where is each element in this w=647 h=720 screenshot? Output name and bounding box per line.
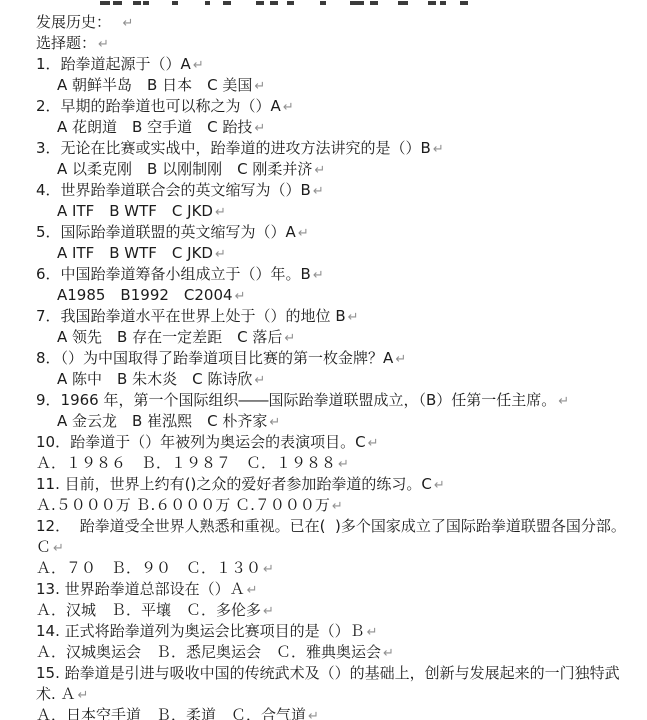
paragraph-mark-icon: ↵: [311, 268, 324, 283]
line-text: A ITF B WTF C JKD: [57, 244, 213, 262]
line-text: A 花朗道 B 空手道 C 跆技: [57, 118, 252, 136]
line-text: 发展历史：: [36, 13, 121, 31]
document-line: 6．中国跆拳道筹备小组成立于（）年。B↵: [36, 264, 643, 285]
document-line: Ｃ↵: [36, 537, 643, 558]
document-line: A 以柔克刚 B 以刚制刚 C 刚柔并济↵: [36, 159, 643, 180]
line-text: 8．（）为中国取得了跆拳道项目比赛的第一枚金牌？A: [36, 349, 393, 367]
line-text: 5．国际跆拳道联盟的英文缩写为（）A: [36, 223, 296, 241]
document-line: 5．国际跆拳道联盟的英文缩写为（）A↵: [36, 222, 643, 243]
paragraph-mark-icon: ↵: [281, 100, 294, 115]
document-line: A 陈中 B 朱木炎 C 陈诗欣↵: [36, 369, 643, 390]
line-text: 选择题：: [36, 34, 96, 52]
paragraph-mark-icon: ↵: [252, 79, 265, 94]
document-body: 发展历史： ↵选择题：↵1．跆拳道起源于（）A↵A 朝鲜半岛 B 日本 C 美国…: [36, 12, 643, 720]
paragraph-mark-icon: ↵: [393, 352, 406, 367]
document-line: 2．早期的跆拳道也可以称之为（）A↵: [36, 96, 643, 117]
line-text: A 金云龙 B 崔泓熙 C 朴齐家: [57, 412, 267, 430]
paragraph-mark-icon: ↵: [432, 478, 445, 493]
document-line: A ITF B WTF C JKD↵: [36, 201, 643, 222]
document-line: Ａ．汉城奥运会 Ｂ．悉尼奥运会 Ｃ．雅典奥运会↵: [36, 642, 643, 663]
paragraph-mark-icon: ↵: [366, 436, 379, 451]
line-text: 12． 跆拳道受全世界人熟悉和重视。已在( )多个国家成立了国际跆拳道联盟各国分…: [36, 517, 626, 535]
paragraph-mark-icon: ↵: [330, 499, 343, 514]
document-line: 14. 正式将跆拳道列为奥运会比赛项目的是（）Ｂ↵: [36, 621, 643, 642]
document-line: A 花朗道 B 空手道 C 跆技↵: [36, 117, 643, 138]
paragraph-mark-icon: ↵: [245, 583, 258, 598]
line-text: 10．跆拳道于（）年被列为奥运会的表演项目。C: [36, 433, 366, 451]
document-line: 7．我国跆拳道水平在世界上处于（）的地位 B↵: [36, 306, 643, 327]
line-text: Ａ．７０ Ｂ．９０ Ｃ．１３０: [36, 559, 261, 577]
paragraph-mark-icon: ↵: [191, 58, 204, 73]
document-line: 9．1966 年，第一个国际组织――国际跆拳道联盟成立，（B）任第一任主席。↵: [36, 390, 643, 411]
document-line: 3．无论在比赛或实战中，跆拳道的进攻方法讲究的是（）B↵: [36, 138, 643, 159]
paragraph-mark-icon: ↵: [261, 562, 274, 577]
document-line: 15. 跆拳道是引进与吸收中国的传统武术及（）的基础上，创新与发展起来的一门独特…: [36, 663, 643, 684]
document-line: 13. 世界跆拳道总部设在（）Ａ↵: [36, 579, 643, 600]
paragraph-mark-icon: ↵: [312, 163, 325, 178]
paragraph-mark-icon: ↵: [296, 226, 309, 241]
paragraph-mark-icon: ↵: [556, 394, 569, 409]
paragraph-mark-icon: ↵: [282, 331, 295, 346]
document-line: 11. 目前，世界上约有()之众的爱好者参加跆拳道的练习。C↵: [36, 474, 643, 495]
document-page: 发展历史： ↵选择题：↵1．跆拳道起源于（）A↵A 朝鲜半岛 B 日本 C 美国…: [0, 0, 647, 720]
document-line: A1985 B1992 C2004↵: [36, 285, 643, 306]
cropped-title-fragments: [0, 0, 647, 6]
line-text: A 朝鲜半岛 B 日本 C 美国: [57, 76, 252, 94]
line-text: 13. 世界跆拳道总部设在（）Ａ: [36, 580, 245, 598]
document-line: A 领先 B 存在一定差距 C 落后↵: [36, 327, 643, 348]
document-line: 选择题：↵: [36, 33, 643, 54]
paragraph-mark-icon: ↵: [252, 121, 265, 136]
line-text: Ａ．汉城 Ｂ．平壤 Ｃ．多伦多: [36, 601, 261, 619]
paragraph-mark-icon: ↵: [381, 646, 394, 661]
line-text: A 陈中 B 朱木炎 C 陈诗欣: [57, 370, 252, 388]
document-line: 1．跆拳道起源于（）A↵: [36, 54, 643, 75]
document-line: Ａ．７０ Ｂ．９０ Ｃ．１３０↵: [36, 558, 643, 579]
line-text: A 领先 B 存在一定差距 C 落后: [57, 328, 282, 346]
document-line: Ａ.５０００万 Ｂ.６０００万 Ｃ.７０００万↵: [36, 495, 643, 516]
line-text: A1985 B1992 C2004: [57, 286, 233, 304]
paragraph-mark-icon: ↵: [96, 37, 109, 52]
line-text: 11. 目前，世界上约有()之众的爱好者参加跆拳道的练习。C: [36, 475, 432, 493]
document-line: 4．世界跆拳道联合会的英文缩写为（）B↵: [36, 180, 643, 201]
document-line: Ａ．汉城 Ｂ．平壤 Ｃ．多伦多↵: [36, 600, 643, 621]
line-text: 1．跆拳道起源于（）A: [36, 55, 191, 73]
paragraph-mark-icon: [626, 520, 628, 535]
document-line: Ａ．日本空手道 Ｂ．柔道 Ｃ．合气道↵: [36, 705, 643, 720]
document-line: A 金云龙 B 崔泓熙 C 朴齐家↵: [36, 411, 643, 432]
paragraph-mark-icon: ↵: [76, 688, 89, 703]
paragraph-mark-icon: ↵: [213, 205, 226, 220]
line-text: 7．我国跆拳道水平在世界上处于（）的地位 B: [36, 307, 346, 325]
line-text: 6．中国跆拳道筹备小组成立于（）年。B: [36, 265, 311, 283]
document-line: 发展历史： ↵: [36, 12, 643, 33]
line-text: Ａ．日本空手道 Ｂ．柔道 Ｃ．合气道: [36, 706, 306, 720]
document-line: A 朝鲜半岛 B 日本 C 美国↵: [36, 75, 643, 96]
line-text: 术. Ａ: [36, 685, 76, 703]
line-text: Ａ.５０００万 Ｂ.６０００万 Ｃ.７０００万: [36, 496, 330, 514]
line-text: 3．无论在比赛或实战中，跆拳道的进攻方法讲究的是（）B: [36, 139, 431, 157]
document-line: 8．（）为中国取得了跆拳道项目比赛的第一枚金牌？A↵: [36, 348, 643, 369]
paragraph-mark-icon: ↵: [267, 415, 280, 430]
paragraph-mark-icon: ↵: [233, 289, 246, 304]
paragraph-mark-icon: ↵: [261, 604, 274, 619]
paragraph-mark-icon: ↵: [336, 457, 349, 472]
line-text: 9．1966 年，第一个国际组织――国际跆拳道联盟成立，（B）任第一任主席。: [36, 391, 556, 409]
paragraph-mark-icon: ↵: [121, 16, 134, 31]
line-text: 15. 跆拳道是引进与吸收中国的传统武术及（）的基础上，创新与发展起来的一门独特…: [36, 664, 620, 682]
line-text: 2．早期的跆拳道也可以称之为（）A: [36, 97, 281, 115]
paragraph-mark-icon: [620, 667, 622, 682]
paragraph-mark-icon: ↵: [346, 310, 359, 325]
paragraph-mark-icon: ↵: [431, 142, 444, 157]
line-text: Ｃ: [36, 538, 51, 556]
document-line: 术. Ａ↵: [36, 684, 643, 705]
document-line: 12． 跆拳道受全世界人熟悉和重视。已在( )多个国家成立了国际跆拳道联盟各国分…: [36, 516, 643, 537]
line-text: A 以柔克刚 B 以刚制刚 C 刚柔并济: [57, 160, 312, 178]
line-text: Ａ．１９８６ Ｂ．１９８７ Ｃ．１９８８: [36, 454, 336, 472]
document-line: 10．跆拳道于（）年被列为奥运会的表演项目。C↵: [36, 432, 643, 453]
line-text: Ａ．汉城奥运会 Ｂ．悉尼奥运会 Ｃ．雅典奥运会: [36, 643, 381, 661]
line-text: 4．世界跆拳道联合会的英文缩写为（）B: [36, 181, 311, 199]
document-line: A ITF B WTF C JKD↵: [36, 243, 643, 264]
paragraph-mark-icon: ↵: [213, 247, 226, 262]
paragraph-mark-icon: ↵: [306, 709, 319, 720]
line-text: A ITF B WTF C JKD: [57, 202, 213, 220]
paragraph-mark-icon: ↵: [311, 184, 324, 199]
paragraph-mark-icon: ↵: [365, 625, 378, 640]
line-text: 14. 正式将跆拳道列为奥运会比赛项目的是（）Ｂ: [36, 622, 365, 640]
document-line: Ａ．１９８６ Ｂ．１９８７ Ｃ．１９８８↵: [36, 453, 643, 474]
paragraph-mark-icon: ↵: [252, 373, 265, 388]
paragraph-mark-icon: ↵: [51, 541, 64, 556]
